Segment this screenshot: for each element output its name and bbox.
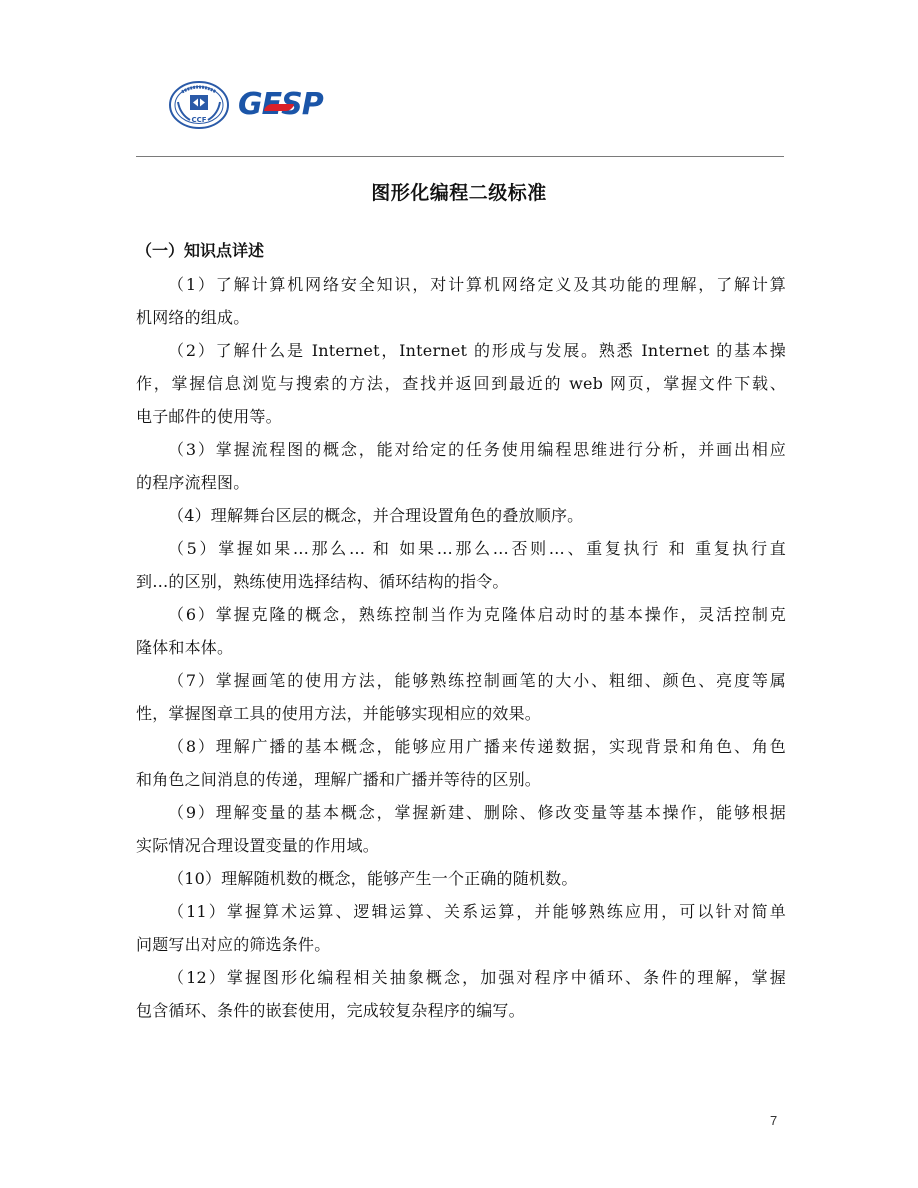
paragraph-6: （6）掌握克隆的概念，熟练控制当作为克隆体启动时的基本操作，灵活控制克 隆体和本… <box>136 598 786 664</box>
paragraph-10: （10）理解随机数的概念，能够产生一个正确的随机数。 <box>136 862 786 895</box>
gesp-logo: GESP <box>238 85 348 125</box>
header-logos: CCF GESP <box>168 80 348 130</box>
paragraph-8: （8）理解广播的基本概念，能够应用广播来传递数据，实现背景和角色、角色 和角色之… <box>136 730 786 796</box>
paragraph-line: 和角色之间消息的传递，理解广播和广播并等待的区别。 <box>136 763 786 796</box>
page-title: 图形化编程二级标准 <box>0 178 918 205</box>
paragraph-7: （7）掌握画笔的使用方法，能够熟练控制画笔的大小、粗细、颜色、亮度等属 性，掌握… <box>136 664 786 730</box>
paragraph-line: （12）掌握图形化编程相关抽象概念，加强对程序中循环、条件的理解，掌握 <box>136 961 786 994</box>
paragraph-line: （4）理解舞台区层的概念，并合理设置角色的叠放顺序。 <box>136 499 786 532</box>
paragraph-2: （2）了解什么是 Internet，Internet 的形成与发展。熟悉 Int… <box>136 334 786 433</box>
paragraph-line: 性，掌握图章工具的使用方法，并能够实现相应的效果。 <box>136 697 786 730</box>
paragraph-line: （3）掌握流程图的概念，能对给定的任务使用编程思维进行分析，并画出相应 <box>136 433 786 466</box>
paragraph-line: （11）掌握算术运算、逻辑运算、关系运算，并能够熟练应用，可以针对简单 <box>136 895 786 928</box>
document-body: （1）了解计算机网络安全知识，对计算机网络定义及其功能的理解，了解计算 机网络的… <box>136 268 786 1027</box>
ccf-emblem-icon: CCF <box>168 80 230 130</box>
paragraph-line: 隆体和本体。 <box>136 631 786 664</box>
paragraph-5: （5）掌握如果…那么… 和 如果…那么…否则…、重复执行 和 重复执行直 到…的… <box>136 532 786 598</box>
paragraph-line: （1）了解计算机网络安全知识，对计算机网络定义及其功能的理解，了解计算 <box>136 268 786 301</box>
page-number: 7 <box>770 1113 777 1128</box>
paragraph-line: （9）理解变量的基本概念，掌握新建、删除、修改变量等基本操作，能够根据 <box>136 796 786 829</box>
paragraph-line: 问题写出对应的筛选条件。 <box>136 928 786 961</box>
paragraph-12: （12）掌握图形化编程相关抽象概念，加强对程序中循环、条件的理解，掌握 包含循环… <box>136 961 786 1027</box>
ccf-logo-icon: CCF <box>168 80 230 130</box>
paragraph-9: （9）理解变量的基本概念，掌握新建、删除、修改变量等基本操作，能够根据 实际情况… <box>136 796 786 862</box>
paragraph-3: （3）掌握流程图的概念，能对给定的任务使用编程思维进行分析，并画出相应 的程序流… <box>136 433 786 499</box>
paragraph-line: （8）理解广播的基本概念，能够应用广播来传递数据，实现背景和角色、角色 <box>136 730 786 763</box>
paragraph-line: 实际情况合理设置变量的作用域。 <box>136 829 786 862</box>
svg-text:CCF: CCF <box>191 116 206 124</box>
paragraph-line: 到…的区别，熟练使用选择结构、循环结构的指令。 <box>136 565 786 598</box>
section-heading: （一）知识点详述 <box>136 238 264 261</box>
paragraph-1: （1）了解计算机网络安全知识，对计算机网络定义及其功能的理解，了解计算 机网络的… <box>136 268 786 334</box>
paragraph-line: （7）掌握画笔的使用方法，能够熟练控制画笔的大小、粗细、颜色、亮度等属 <box>136 664 786 697</box>
paragraph-line: 电子邮件的使用等。 <box>136 400 786 433</box>
header-divider <box>136 156 784 157</box>
paragraph-line: （2）了解什么是 Internet，Internet 的形成与发展。熟悉 Int… <box>136 334 786 367</box>
paragraph-line: （10）理解随机数的概念，能够产生一个正确的随机数。 <box>136 862 786 895</box>
paragraph-line: 作，掌握信息浏览与搜索的方法，查找并返回到最近的 web 网页，掌握文件下载、 <box>136 367 786 400</box>
paragraph-11: （11）掌握算术运算、逻辑运算、关系运算，并能够熟练应用，可以针对简单 问题写出… <box>136 895 786 961</box>
gesp-swoosh-icon <box>264 104 295 111</box>
paragraph-line: 包含循环、条件的嵌套使用，完成较复杂程序的编写。 <box>136 994 786 1027</box>
paragraph-line: 的程序流程图。 <box>136 466 786 499</box>
paragraph-line: （5）掌握如果…那么… 和 如果…那么…否则…、重复执行 和 重复执行直 <box>136 532 786 565</box>
paragraph-line: （6）掌握克隆的概念，熟练控制当作为克隆体启动时的基本操作，灵活控制克 <box>136 598 786 631</box>
paragraph-4: （4）理解舞台区层的概念，并合理设置角色的叠放顺序。 <box>136 499 786 532</box>
document-page: CCF GESP 图形化编程二级标准 （一）知识点详述 （1）了解计算机网络安全… <box>0 0 918 1188</box>
paragraph-line: 机网络的组成。 <box>136 301 786 334</box>
